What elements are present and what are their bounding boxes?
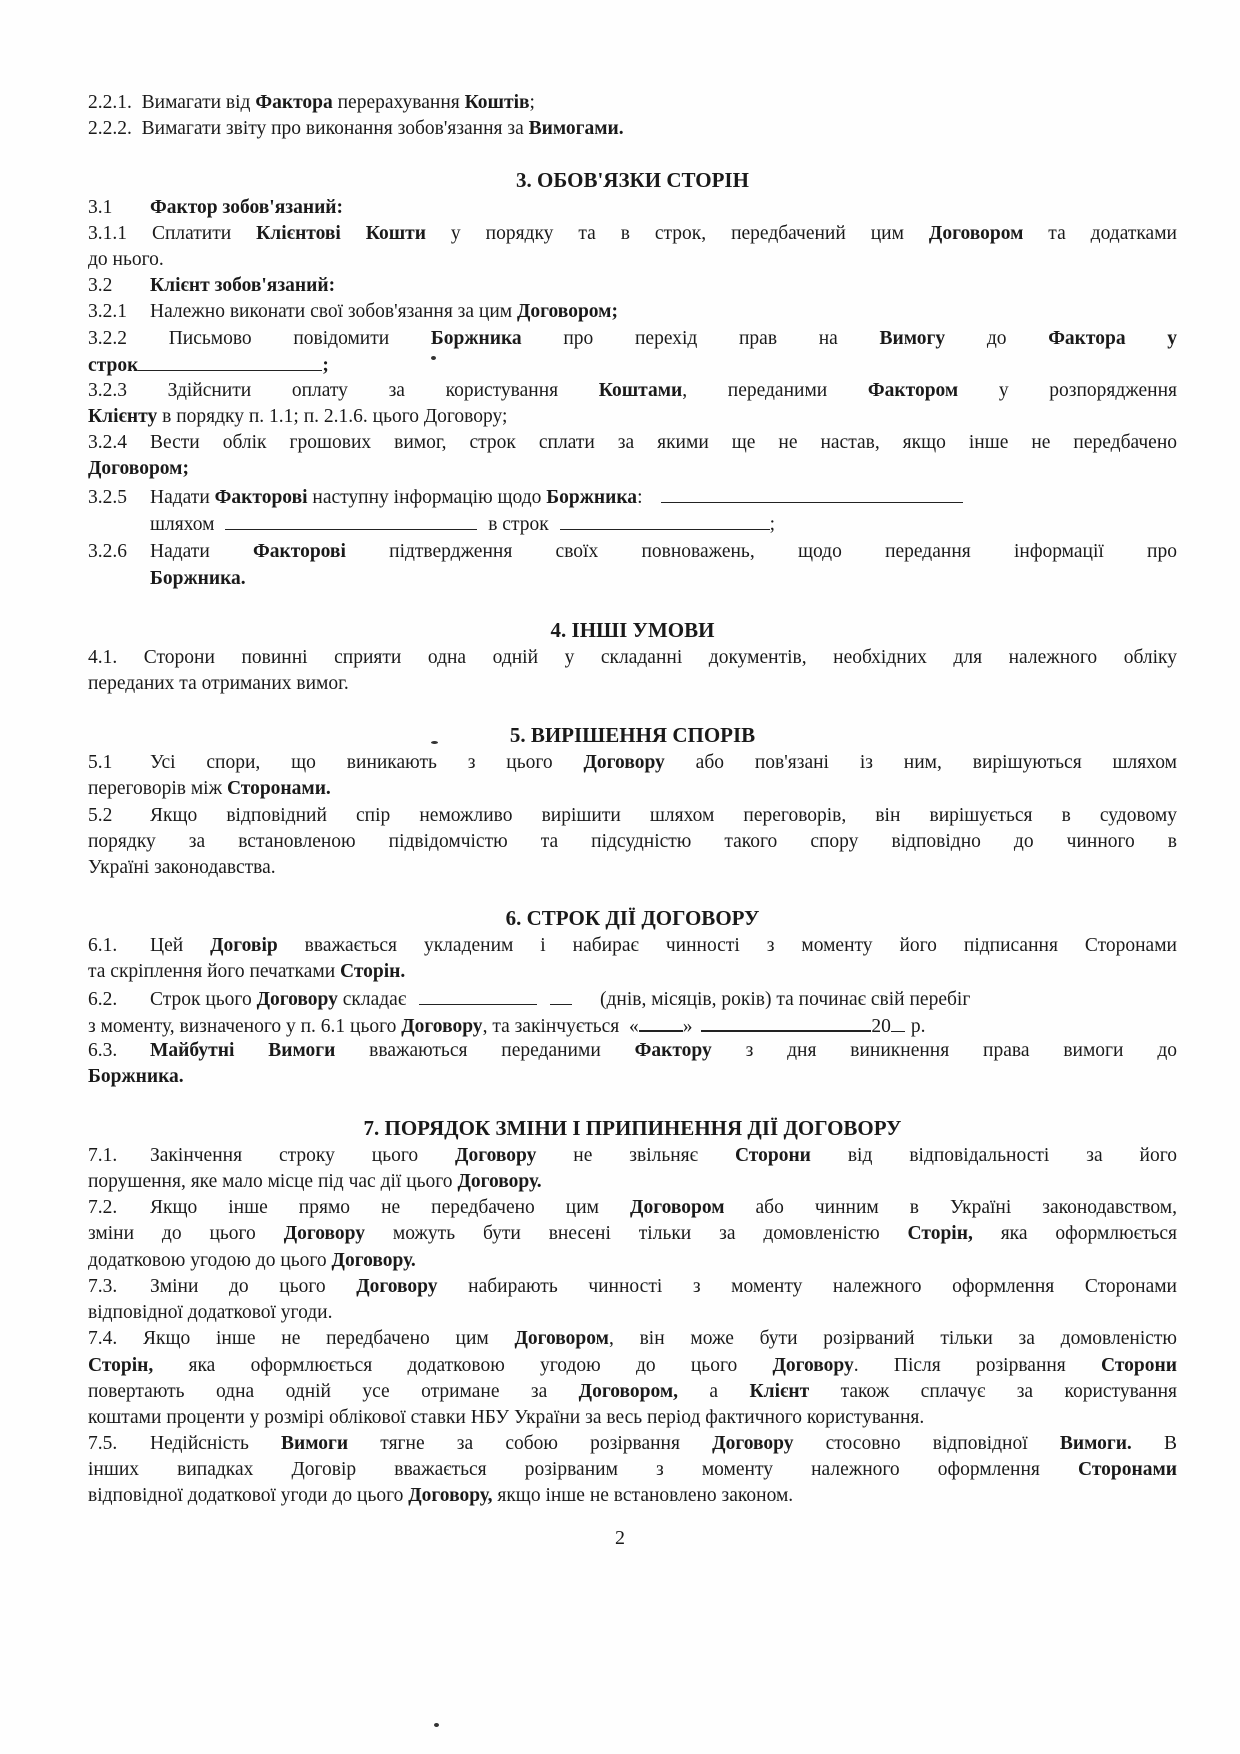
clause-number: 5.1 xyxy=(88,750,150,776)
clause-3-2-6-line1: 3.2.6Надати Факторові підтвердження свої… xyxy=(88,539,1177,565)
clause-text: або пов'язані із ним, вирішуються шляхом xyxy=(665,752,1177,773)
term: Коштами xyxy=(599,380,682,401)
clause-number: 3.2.1 xyxy=(88,299,150,325)
term-factor: Фактора xyxy=(255,92,332,113)
document-page: 2.2.1. Вимагати від Фактора перерахуванн… xyxy=(0,0,1240,1754)
quote-mark: » xyxy=(683,1016,693,1037)
clause-text: підтвердження своїх повноважень, щодо пе… xyxy=(346,541,1177,562)
term: Боржника xyxy=(546,487,637,508)
clause-number: 6.1. xyxy=(88,933,150,959)
term: Клієнту xyxy=(88,406,157,427)
clause-7-4-line1: 7.4. Якщо інше не передбачено цим Догово… xyxy=(88,1326,1177,1352)
clause-text: порушення, яке мало місце під час дії ць… xyxy=(88,1171,457,1192)
clause-text: переговорів між xyxy=(88,778,227,799)
clause-3-2-6-line2: Боржника. xyxy=(150,566,1239,592)
term: Договору xyxy=(356,1276,437,1297)
clause-3-2-2-line2: строк; xyxy=(88,352,1177,379)
clause-text: Надати xyxy=(150,541,253,562)
scan-speck xyxy=(434,1723,439,1727)
clause-3-1: 3.1Фактор зобов'язаний: xyxy=(88,195,1177,221)
clause-text: Вимагати звіту про виконання зобов'язанн… xyxy=(142,118,529,139)
term: Сторін, xyxy=(88,1355,153,1376)
clause-7-2-line1: 7.2.Якщо інше прямо не передбачено цим Д… xyxy=(88,1195,1177,1221)
clause-3-2-3-line1: 3.2.3 Здійснити оплату за користування К… xyxy=(88,378,1177,404)
term: Боржника xyxy=(431,328,522,349)
clause-text: до xyxy=(945,328,1048,349)
clause-text: тягне за собою розірвання xyxy=(348,1433,712,1454)
clause-4-1-line2: переданих та отриманих вимог. xyxy=(88,671,1177,697)
clause-7-5-line1: 7.5.Недійсність Вимоги тягне за собою ро… xyxy=(88,1431,1177,1457)
term: Сторони xyxy=(735,1145,811,1166)
section-3-heading: 3. ОБОВ'ЯЗКИ СТОРІН xyxy=(88,166,1177,194)
section-4-heading: 4. ІНШІ УМОВИ xyxy=(88,616,1177,644)
clause-5-1-line2: переговорів між Сторонами. xyxy=(88,776,1177,802)
clause-text: можуть бути внесені тільки за домовленіс… xyxy=(365,1223,908,1244)
clause-number: 3.1.1 xyxy=(88,223,127,244)
clause-text: наступну інформацію щодо xyxy=(308,487,547,508)
fill-in-blank xyxy=(138,352,322,371)
clause-text: яка оформлюється xyxy=(973,1223,1177,1244)
term: Договором xyxy=(929,223,1023,244)
section-6-heading: 6. СТРОК ДІЇ ДОГОВОРУ xyxy=(88,904,1177,932)
clause-text: , переданими xyxy=(682,380,868,401)
clause-3-1-1-line1: 3.1.1 Сплатити Клієнтові Кошти у порядку… xyxy=(88,221,1177,247)
clause-text: зміни до цього xyxy=(88,1223,284,1244)
fill-in-blank xyxy=(560,511,770,530)
clause-text: Вести облік грошових вимог, строк сплати… xyxy=(150,432,1177,453)
fill-in-blank xyxy=(661,484,963,503)
term: Сторони xyxy=(1101,1355,1177,1376)
clause-text: Належно виконати свої зобов'язання за ци… xyxy=(150,301,517,322)
year-prefix: 20 xyxy=(871,1016,891,1037)
clause-3-2-4-line1: 3.2.4 Вести облік грошових вимог, строк … xyxy=(88,430,1177,456)
term: Договором; xyxy=(88,458,189,479)
clause-text: Сплатити xyxy=(152,223,256,244)
term: Договору xyxy=(584,752,665,773)
clause-text: від відповідальності за його xyxy=(811,1145,1177,1166)
term: Договору. xyxy=(332,1250,416,1271)
scan-speck xyxy=(431,356,436,360)
clause-number: 7.5. xyxy=(88,1431,150,1457)
clause-text: Якщо відповідний спір неможливо вирішити… xyxy=(150,805,1177,826)
term: Боржника. xyxy=(88,1066,184,1087)
clause-text: яка оформлюється додатковою угодою до ць… xyxy=(153,1355,772,1376)
term: Факторові xyxy=(253,541,346,562)
clause-text: шляхом xyxy=(150,514,214,535)
clause-text: Вимагати від xyxy=(142,92,256,113)
clause-text: з дня виникнення права вимоги до xyxy=(712,1040,1177,1061)
clause-7-5-line3: відповідної додаткової угоди до цього До… xyxy=(88,1483,1177,1509)
clause-6-3-line2: Боржника. xyxy=(88,1064,1177,1090)
clause-text: стосовно відповідної xyxy=(793,1433,1059,1454)
term: Клієнтові Кошти xyxy=(256,223,426,244)
clause-number: 6.3. xyxy=(88,1038,150,1064)
clause-number: 3.2 xyxy=(88,273,150,299)
fill-in-blank-month xyxy=(701,1012,871,1032)
clause-text: набирають чинності з моменту належного о… xyxy=(438,1276,1177,1297)
clause-3-2-5-line2: шляхом в строк ; xyxy=(150,511,1150,538)
clause-text: додатковою угодою до цього xyxy=(88,1250,332,1271)
term: Клієнт xyxy=(749,1381,809,1402)
term: Майбутні Вимоги xyxy=(150,1040,335,1061)
clause-7-2-line3: додатковою угодою до цього Договору. xyxy=(88,1248,1177,1274)
clause-3-2-2-line1: 3.2.2 Письмово повідомити Боржника про п… xyxy=(88,326,1177,352)
clause-number: 3.2.3 xyxy=(88,380,127,401)
section-7-heading: 7. ПОРЯДОК ЗМІНИ І ПРИПИНЕННЯ ДІЇ ДОГОВО… xyxy=(88,1114,1177,1142)
term: Договору xyxy=(257,989,338,1010)
clause-3-2: 3.2Клієнт зобов'язаний: xyxy=(88,273,1177,299)
fill-in-blank xyxy=(550,986,572,1005)
clause-text: Усі спори, що виникають з цього xyxy=(150,752,584,773)
term: Фактору xyxy=(635,1040,712,1061)
clause-text: у розпорядження xyxy=(958,380,1177,401)
clause-text: а xyxy=(678,1381,749,1402)
clause-text: ; xyxy=(770,514,775,535)
clause-3-2-5-line1: 3.2.5Надати Факторові наступну інформаці… xyxy=(88,484,1177,511)
term: Сторін, xyxy=(908,1223,973,1244)
term: Договору xyxy=(401,1016,482,1037)
clause-text: також сплачує за користування xyxy=(809,1381,1177,1402)
fill-in-blank-year xyxy=(891,1013,905,1032)
clause-4-1-line1: 4.1. Сторони повинні сприяти одна одній … xyxy=(88,645,1177,671)
clause-7-2-line2: зміни до цього Договору можуть бути внес… xyxy=(88,1221,1177,1247)
term-funds: Коштів xyxy=(465,92,530,113)
clause-text: Здійснити оплату за користування xyxy=(168,380,599,401)
clause-number: 6.2. xyxy=(88,987,150,1013)
clause-3-1-1-line2: до нього. xyxy=(88,247,1177,273)
clause-label: Фактор зобов'язаний: xyxy=(150,197,343,218)
clause-text: В xyxy=(1132,1433,1177,1454)
clause-text: перерахування xyxy=(333,92,465,113)
clause-6-1-line1: 6.1.Цей Договір вважається укладеним і н… xyxy=(88,933,1177,959)
clause-number: 3.2.2 xyxy=(88,328,127,349)
clause-text: в строк xyxy=(488,514,548,535)
clause-text: ; xyxy=(322,355,329,376)
term-claims: Вимогами. xyxy=(529,118,624,139)
clause-6-2-line2: з моменту, визначеного у п. 6.1 цього До… xyxy=(88,1012,1177,1040)
page-number: 2 xyxy=(0,1527,1240,1550)
clause-number: 5.2 xyxy=(88,803,150,829)
term: Договору xyxy=(772,1355,853,1376)
term: Договором, xyxy=(579,1381,678,1402)
term: Договору, xyxy=(408,1485,492,1506)
clause-text: Надати xyxy=(150,487,215,508)
fill-in-blank-day xyxy=(639,1012,683,1032)
clause-number: 7.1. xyxy=(88,1143,150,1169)
clause-label: Клієнт зобов'язаний: xyxy=(150,275,335,296)
clause-7-1-line2: порушення, яке мало місце під час дії ць… xyxy=(88,1169,1177,1195)
term: Договору xyxy=(284,1223,365,1244)
clause-text: (днів, місяців, років) та починає свій п… xyxy=(600,989,970,1010)
clause-6-2-line1: 6.2.Строк цього Договору складає (днів, … xyxy=(88,986,1177,1013)
term: Боржника. xyxy=(150,568,246,589)
term: Вимоги. xyxy=(1060,1433,1132,1454)
clause-text: та скріплення його печатками xyxy=(88,961,340,982)
clause-text: про перехід прав на xyxy=(522,328,880,349)
clause-text: складає xyxy=(338,989,406,1010)
term: Договором xyxy=(630,1197,724,1218)
term: Договором xyxy=(514,1328,608,1349)
fill-in-blank xyxy=(419,986,537,1005)
clause-7-4-line4: коштами проценти у розмірі облікової ста… xyxy=(88,1405,1177,1431)
clause-text: в порядку п. 1.1; п. 2.1.6. цього Догово… xyxy=(157,406,507,427)
clause-number: 3.2.5 xyxy=(88,485,150,511)
clause-7-3-line2: відповідної додаткової угоди. xyxy=(88,1300,1177,1326)
clause-number: 2.2.2. xyxy=(88,118,132,139)
term: Фактора у xyxy=(1048,328,1177,349)
clause-text: р. xyxy=(911,1016,926,1037)
term: Факторові xyxy=(215,487,308,508)
clause-6-1-line2: та скріплення його печатками Сторін. xyxy=(88,959,1177,985)
term: Договором; xyxy=(517,301,618,322)
clause-text: повертають одна одній усе отримане за xyxy=(88,1381,579,1402)
clause-5-2-line1: 5.2Якщо відповідний спір неможливо виріш… xyxy=(88,803,1177,829)
term: Вимоги xyxy=(281,1433,348,1454)
clause-2-2-2: 2.2.2. Вимагати звіту про виконання зобо… xyxy=(88,116,1177,142)
scan-speck xyxy=(431,741,438,744)
clause-3-2-1: 3.2.1Належно виконати свої зобов'язання … xyxy=(88,299,1177,325)
clause-text: або чинним в Україні законодавством, xyxy=(725,1197,1178,1218)
clause-number: 7.3. xyxy=(88,1274,150,1300)
clause-text: не звільняє xyxy=(536,1145,735,1166)
clause-text: , він може бути розірваний тільки за дом… xyxy=(609,1328,1177,1349)
term: Договору xyxy=(712,1433,793,1454)
clause-7-1-line1: 7.1.Закінчення строку цього Договору не … xyxy=(88,1143,1177,1169)
clause-7-3-line1: 7.3.Зміни до цього Договору набирають чи… xyxy=(88,1274,1177,1300)
clause-number: 3.2.6 xyxy=(88,539,150,565)
term: Сторонами xyxy=(1078,1459,1177,1480)
clause-3-2-3-line2: Клієнту в порядку п. 1.1; п. 2.1.6. цьог… xyxy=(88,404,1177,430)
clause-5-2-line3: Україні законодавства. xyxy=(88,855,1177,881)
clause-5-2-line2: порядку за встановленою підвідомчістю та… xyxy=(88,829,1177,855)
clause-text: Письмово повідомити xyxy=(169,328,431,349)
clause-7-4-line2: Сторін, яка оформлюється додатковою угод… xyxy=(88,1353,1177,1379)
term: Сторонами. xyxy=(227,778,331,799)
clause-7-4-line3: повертають одна одній усе отримане за До… xyxy=(88,1379,1177,1405)
term: Вимогу xyxy=(880,328,946,349)
clause-3-2-4-line2: Договором; xyxy=(88,456,1177,482)
clause-text: , та закінчується xyxy=(483,1016,620,1037)
clause-text: строк xyxy=(88,355,138,376)
clause-5-1-line1: 5.1Усі спори, що виникають з цього Догов… xyxy=(88,750,1177,776)
clause-7-5-line2: інших випадках Договір вважається розірв… xyxy=(88,1457,1177,1483)
clause-text: Якщо інше прямо не передбачено цим xyxy=(150,1197,630,1218)
clause-text: відповідної додаткової угоди до цього xyxy=(88,1485,408,1506)
clause-text: Зміни до цього xyxy=(150,1276,356,1297)
clause-text: Недійсність xyxy=(150,1433,281,1454)
clause-text: ; xyxy=(530,92,535,113)
term: Договір xyxy=(210,935,278,956)
clause-2-2-1: 2.2.1. Вимагати від Фактора перерахуванн… xyxy=(88,90,1177,116)
clause-text: Строк цього xyxy=(150,989,257,1010)
clause-number: 7.2. xyxy=(88,1195,150,1221)
clause-text: у порядку та в строк, передбачений цим xyxy=(426,223,929,244)
clause-text: : xyxy=(637,487,642,508)
clause-text: з моменту, визначеного у п. 6.1 цього xyxy=(88,1016,401,1037)
clause-number: 3.1 xyxy=(88,195,150,221)
term: Сторін. xyxy=(340,961,405,982)
clause-text: та додатками xyxy=(1023,223,1177,244)
clause-number: 3.2.4 xyxy=(88,432,127,453)
clause-text: Цей xyxy=(150,935,210,956)
clause-text: Закінчення строку цього xyxy=(150,1145,455,1166)
fill-in-blank xyxy=(225,511,477,530)
clause-text: вважаються переданими xyxy=(335,1040,634,1061)
clause-number: 2.2.1. xyxy=(88,92,132,113)
clause-text: . Після розірвання xyxy=(854,1355,1101,1376)
term: Фактором xyxy=(868,380,958,401)
clause-text: вважається укладеним і набирає чинності … xyxy=(278,935,1177,956)
clause-text: 7.4. Якщо інше не передбачено цим xyxy=(88,1328,514,1349)
quote-mark: « xyxy=(629,1016,639,1037)
term: Договору xyxy=(455,1145,536,1166)
clause-text: інших випадках Договір вважається розірв… xyxy=(88,1459,1078,1480)
clause-text: якщо інше не встановлено законом. xyxy=(492,1485,793,1506)
term: Договору. xyxy=(457,1171,541,1192)
section-5-heading: 5. ВИРІШЕННЯ СПОРІВ xyxy=(88,721,1177,749)
clause-6-3-line1: 6.3.Майбутні Вимоги вважаються переданим… xyxy=(88,1038,1177,1064)
